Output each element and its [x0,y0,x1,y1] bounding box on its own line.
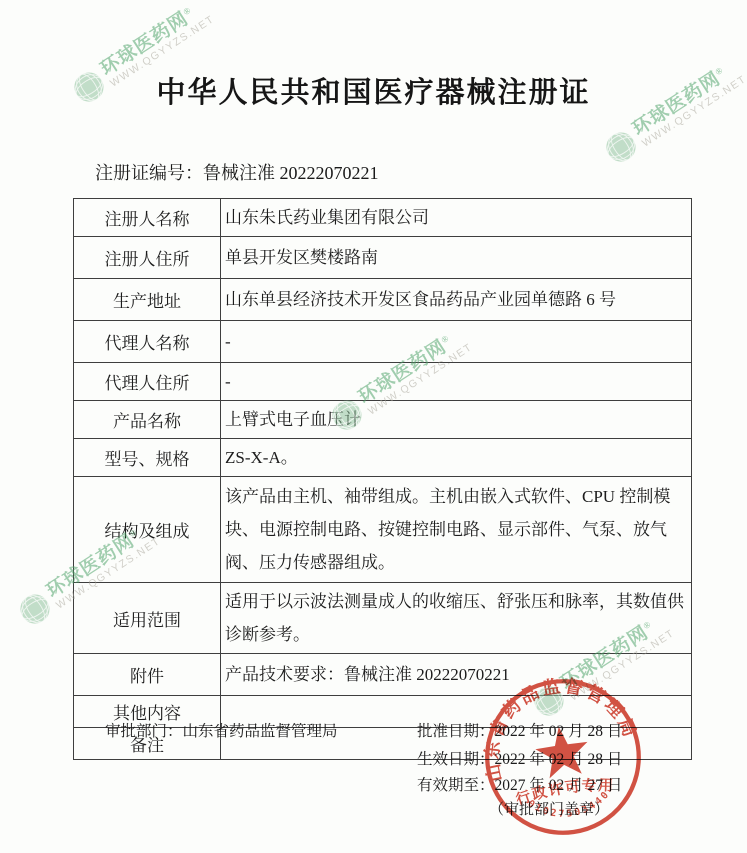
table-row: 注册人名称山东朱氏药业集团有限公司 [74,199,692,237]
row-value: 该产品由主机、袖带组成。主机由嵌入式软件、CPU 控制模块、电源控制电路、按键控… [221,477,692,583]
approval-department: 审批部门：山东省药品监督管理局 [105,719,338,741]
table-row: 附件产品技术要求：鲁械注准 20222070221 [74,654,692,696]
certificate-page: 中华人民共和国医疗器械注册证 注册证编号：鲁械注准 20222070221 注册… [0,0,747,853]
approval-date: 批准日期：2022 年 02 月 28 日 [417,719,622,741]
effective-date: 生效日期：2022 年 02 月 28 日 [417,747,622,769]
certificate-title: 中华人民共和国医疗器械注册证 [0,70,747,111]
registration-number-line: 注册证编号：鲁械注准 20222070221 [95,159,379,185]
registered-mark: ® [181,5,193,18]
table-row: 适用范围适用于以示波法测量成人的收缩压、舒张压和脉率，其数值供诊断参考。 [74,583,692,654]
globe-icon [599,125,643,169]
row-label: 代理人住所 [74,363,221,401]
table-row: 产品名称上臂式电子血压计 [74,401,692,439]
row-value: 山东朱氏药业集团有限公司 [221,199,692,237]
table-row: 生产地址山东单县经济技术开发区食品药品产业园单德路 6 号 [74,279,692,321]
globe-icon [13,587,57,631]
row-value: 适用于以示波法测量成人的收缩压、舒张压和脉率，其数值供诊断参考。 [221,583,692,654]
row-label: 生产地址 [74,279,221,321]
row-label: 产品名称 [74,401,221,439]
watermark-brand: 环球医药网® [98,0,211,80]
registration-number-label: 注册证编号： [95,163,203,183]
row-label: 型号、规格 [74,439,221,477]
valid-until-date: 有效期至：2027 年 02 月 27 日 [417,773,622,795]
table-row: 型号、规格ZS-X-A。 [74,439,692,477]
row-label: 结构及组成 [74,477,221,583]
certificate-table: 注册人名称山东朱氏药业集团有限公司 注册人住所单县开发区樊楼路南 生产地址山东单… [73,198,692,760]
row-label: 注册人名称 [74,199,221,237]
table-row: 代理人名称- [74,321,692,363]
table-row: 结构及组成该产品由主机、袖带组成。主机由嵌入式软件、CPU 控制模块、电源控制电… [74,477,692,583]
row-label: 附件 [74,654,221,696]
registration-number-value: 鲁械注准 20222070221 [203,163,379,183]
row-label: 注册人住所 [74,237,221,279]
row-value: 产品技术要求：鲁械注准 20222070221 [221,654,692,696]
row-value: - [221,321,692,363]
row-value: 单县开发区樊楼路南 [221,237,692,279]
row-label: 代理人名称 [74,321,221,363]
seal-note: （审批部门盖章） [489,798,609,819]
row-value: ZS-X-A。 [221,439,692,477]
row-value: - [221,363,692,401]
row-value: 山东单县经济技术开发区食品药品产业园单德路 6 号 [221,279,692,321]
row-label: 适用范围 [74,583,221,654]
row-value: 上臂式电子血压计 [221,401,692,439]
table-row: 注册人住所单县开发区樊楼路南 [74,237,692,279]
table-row: 代理人住所- [74,363,692,401]
